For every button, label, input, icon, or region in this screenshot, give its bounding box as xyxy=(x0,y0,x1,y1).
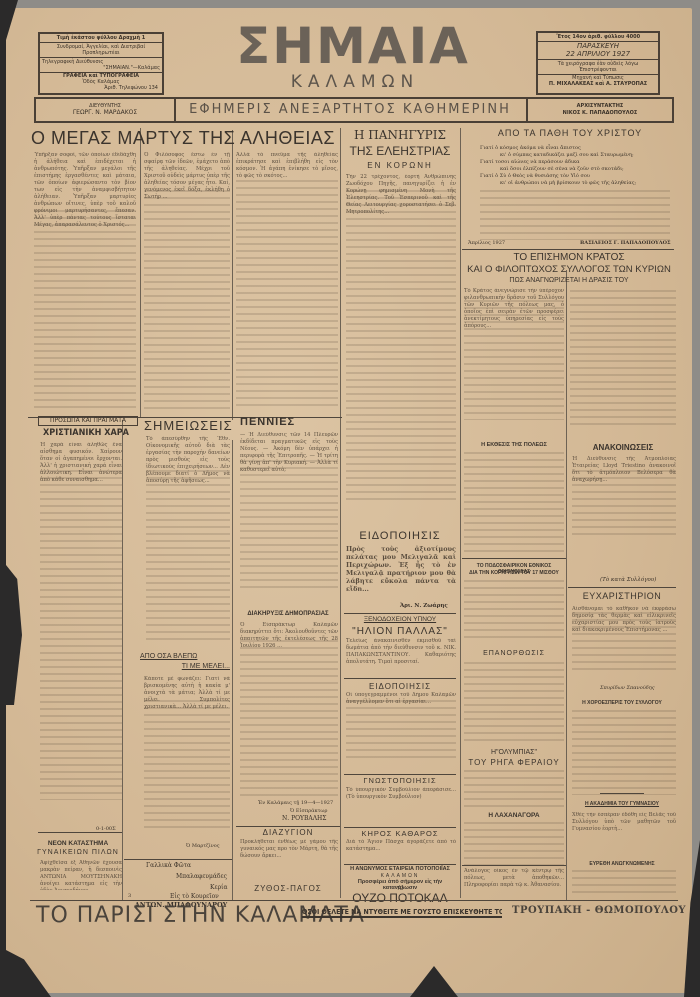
text-texture xyxy=(146,470,230,640)
banner-right: ΤΡΟΥΠΑΚΗ - ΘΩΜΟΠΟΥΛΟΥ xyxy=(512,905,686,916)
text-texture xyxy=(346,190,456,500)
text-texture xyxy=(464,822,564,866)
editor-label: ΑΡΧΙΣΥΝΤΑΚΤΗΣ xyxy=(530,103,670,109)
pelop-subtitle: ΔΙΑ ΤΗΝ ΚΟΡΗΓΗΣΙΝ ΤΟΥ 17 ΜΙΣΘΟΥ xyxy=(462,570,566,576)
divider xyxy=(344,864,456,865)
newspaper-motto: ΕΦΗΜΕΡΙΣ ΑΝΕΞΑΡΤΗΤΟΣ ΚΑΘΗΜΕΡΙΝΗ xyxy=(180,102,520,117)
candles-label: Γαλλικὰ Φῶτα xyxy=(146,862,191,869)
olympics-title-1: Η"ΟΛΥΜΠΙΑΣ" xyxy=(462,749,566,756)
text-texture xyxy=(34,210,136,410)
poem-date: Ἀπρίλιος 1927 xyxy=(468,240,505,247)
poem-line: καὶ ὅσοι ἐλπίζουν σὲ σένα νὰ ζοῦν στὸ σκ… xyxy=(480,166,670,173)
text-texture xyxy=(572,470,676,540)
gossip-title-2: ΤΙ ΜΕ ΜΕΛΕΙ... xyxy=(140,663,230,670)
deny-title: ΓΝΩΣΤΟΠΟΙΗΣΙΣ xyxy=(342,776,458,785)
auction-sig-label: Ὁ Εἰσπράκτωρ xyxy=(290,808,327,815)
section-label: ΠΡΟΣΩΠΑ ΚΑΙ ΠΡΑΓΜΑΤΑ xyxy=(39,417,137,425)
rental-notice: Ἀνάλογος οἶκος ἐν τῷ κέντρῳ τῆς πόλεως, … xyxy=(464,868,564,900)
editor-name: ΝΙΚΟΣ Κ. ΠΑΠΑΔΟΠΟΥΛΟΣ xyxy=(530,110,670,116)
column-rule xyxy=(232,130,233,420)
hotel-body: Τελείως ἀνακαινισθὲν ἐκμισθοῦ ταὶ δωμάτι… xyxy=(346,638,456,676)
festival-place: ΕΝ ΚΟΡΩΝΗ xyxy=(342,161,458,170)
poem-author: ΒΑΣΙΛΕΙΟΣ Γ. ΠΑΠΑΔΟΠΟΥΛΟΣ xyxy=(580,240,671,247)
store-title: ΝΕΟΝ ΚΑΤΑΣΤΗΜΑ xyxy=(34,840,122,847)
telegraph-value: "ΣΗΜΑΙΑΝ."—Καλάμας xyxy=(40,65,162,73)
newspaper-subtitle: ΚΑΛΑΜΩΝ xyxy=(270,72,440,92)
academy-body: Χθὲς τὴν ἑσπέραν ἐδόθη εἰς Βελᾶς τοῦ Συλ… xyxy=(572,812,676,852)
column-rule xyxy=(232,440,233,900)
text-texture xyxy=(240,460,338,590)
divider xyxy=(124,859,232,860)
academy-title: Η ΑΚΑΔΗΜΙΑ ΤΟΥ ΓΥΜΝΑΣΙΟΥ xyxy=(568,801,676,807)
manuscripts-note: Τὰ χειρόγραφα ἐὰν οὐδεὶς λόγω Ἐπιστρέφον… xyxy=(538,60,658,75)
text-texture xyxy=(570,290,676,430)
candles-wax: Κερία xyxy=(210,884,228,891)
state-title-1: ΤΟ ΕΠΙΣΗΜΟΝ ΚΡΑΤΟΣ xyxy=(462,252,676,263)
text-texture xyxy=(572,710,676,795)
announcements-title: ΑΝΑΚΟΙΝΩΣΕΙΣ xyxy=(570,443,676,452)
issue-day: ΠΑΡΑΣΚΕΥΗ xyxy=(538,42,658,50)
candles-at: Εἰς τὸ Κουρεῖον xyxy=(170,893,219,900)
poem-body: Γιατί ὁ κόσμος ἀκόμα νὰ εἶναι ἄπιστος κι… xyxy=(480,145,670,187)
footer-number: 3 xyxy=(128,893,131,900)
divider xyxy=(526,99,528,121)
divider xyxy=(600,793,644,794)
notices-title: ΕΙΔΟΠΟΙΗΣΙΣ xyxy=(342,530,458,542)
divider xyxy=(344,827,456,828)
text-texture xyxy=(480,190,670,240)
crisis-title: Η ΕΚΘΕΣΙΣ ΤΗΣ ΠΟΛΕΩΣ xyxy=(462,442,566,448)
rules-title: ΕΥΡΕΘΗ ΑΝΩΓΚΝΩΜΕΝΗΣ xyxy=(568,861,676,867)
poem-line: Γιατί ὁ Σὺ ὁ Θεὸς νὰ θυσιάσης τὸν Υἱό σο… xyxy=(480,173,670,180)
subscriptions-line: Συνδρομαί, Ἀγγελίαι, καὶ Διατριβαί Προπλ… xyxy=(40,43,162,58)
phone-line: Ἀριθ. Τηλεφώνου 134 xyxy=(40,85,162,91)
auction-sig-name: Ν. ΡΟΥΒΑΛΗΣ xyxy=(282,815,327,822)
store-body: Ἀφίχθεῖσα ἐξ Ἀθηνῶν ἔχουσα μακρὰν πείραν… xyxy=(40,860,122,890)
section-label-box: ΠΡΟΣΩΠΑ ΚΑΙ ΠΡΑΓΜΑΤΑ xyxy=(38,416,138,426)
thanks-title: ΕΥΧΑΡΙΣΤΗΡΙΟΝ xyxy=(568,591,676,601)
divider xyxy=(30,900,678,901)
beer-title: ΖΥΘΟΣ-ΠΑΓΟΣ xyxy=(236,884,340,893)
printers-names: Π. ΜΙΧΑΛΑΚΕΑΣ καὶ Α. ΣΤΑΥΡΟΠΑΣ xyxy=(538,81,658,87)
text-texture xyxy=(236,180,338,410)
masthead-info-box-left: Τιμὴ ἑκάστου φύλλου Δραχμὴ 1 Συνδρομαί, … xyxy=(38,32,164,95)
page-edge-left xyxy=(0,0,6,997)
poem-line: κι' οἱ ἀνθρώποι νὰ μὴ βρίσκουν τὸ φῶς τῆ… xyxy=(480,180,670,187)
text-texture xyxy=(572,870,676,898)
footer-code: 0-1-00Σ xyxy=(96,826,116,833)
candles-names: Μπαλαφευμάδες xyxy=(176,873,227,880)
lahanagora-title: Η ΛΑΧΑΝΑΓΟΡΑ xyxy=(462,812,566,819)
notes-title: ΣΗΜΕΙΩΣΕΙΣ xyxy=(144,418,232,433)
poem-line: Γιατί τοσοι αἰώνες νὰ περάσουν ἀδικα xyxy=(480,159,670,166)
price-line: Τιμὴ ἑκάστου φύλλου Δραχμὴ 1 xyxy=(40,34,162,43)
gossip-title-1: ΑΠΟ ΟΣΑ ΒΛΕΠΩ xyxy=(140,653,230,660)
issue-date: 22 ΑΠΡΙΛΙΟΥ 1927 xyxy=(538,50,658,60)
divider xyxy=(568,587,676,588)
auction-title: ΔΙΑΚΗΡΥΞΙΣ ΔΗΜΟΠΡΑΣΙΑΣ xyxy=(236,611,340,617)
newspaper-title: ΣΗΜΑΙΑ xyxy=(228,20,478,72)
divorce-body: Προκλήθεται ἐνθέως μὲ γάμου τῆς γυναικός… xyxy=(240,839,338,883)
column-rule xyxy=(460,128,461,898)
column-rule xyxy=(566,270,567,900)
gossip-signature: Ὁ Μαρτζίνος xyxy=(186,843,220,850)
hotel-title: ΞΕΝΟΔΟΧΕΙΟΝ ΥΠΝΟΥ xyxy=(342,616,458,623)
text-texture xyxy=(464,300,564,420)
column-rule xyxy=(340,128,341,898)
text-texture xyxy=(240,640,338,800)
olympics-title-2: ΤΟΥ ΡΗΓΑ ΦΕΡΑΙΟΥ xyxy=(462,758,566,767)
divorce-title: ΔΙΑΖΥΓΙΟΝ xyxy=(236,828,340,837)
ouzo-company: Η ΑΝΩΝΥΜΟΣ ΕΤΑΙΡΕΙΑ ΠΟΤΟΠΟΙΪΑΣ xyxy=(342,866,458,872)
festival-title: Η ΠΑΝΗΓΥΡΙΣ xyxy=(342,128,458,142)
telegraph-label: Τηλεγραφικὴ Διεύθυνσις xyxy=(40,58,162,65)
divider xyxy=(462,249,674,250)
masthead-info-box-right: Ἔτος 14ον ἀριθ. φύλλου 4000 ΠΑΡΑΣΚΕΥΗ 22… xyxy=(536,31,660,95)
text-texture xyxy=(464,770,564,810)
column-rule xyxy=(122,420,123,900)
hotel-name: "ΗΛΙΟΝ ΠΑΛΛΑΣ" xyxy=(342,626,458,637)
divider xyxy=(462,558,566,559)
announce-title: ΕΙΔΟΠΟΙΗΣΙΣ xyxy=(342,682,458,691)
text-texture xyxy=(346,700,456,758)
correction-title: ΕΠΑΝΟΡΘΩΣΙΣ xyxy=(462,650,566,657)
state-title-2: ΚΑΙ Ο ΦΙΛΟΠΤΩΧΟΣ ΣΥΛΛΟΓΟΣ ΤΩΝ ΚΥΡΙΩΝ xyxy=(462,264,676,275)
text-texture xyxy=(572,612,676,672)
poem-line: κι' ὁ σύμπας καταδικάζει μαζὶ σου καὶ Στ… xyxy=(480,152,670,159)
text-texture xyxy=(464,452,564,552)
divider xyxy=(462,865,566,866)
text-texture xyxy=(144,700,230,830)
divider xyxy=(174,99,176,121)
divider xyxy=(344,678,456,679)
poem-line: Γιατί ὁ κόσμος ἀκόμα νὰ εἶναι ἄπιστος xyxy=(480,145,670,152)
thanks-signature: Σπυρίδων Σπανούδης xyxy=(600,685,655,692)
clean-body: Διὰ τὸ Ἅγιον Πάσχα ἀγοράζετε ἀπὸ τὸ κατά… xyxy=(346,839,456,861)
poem-title: ΑΠΟ ΤΑ ΠΑΘΗ ΤΟΥ ΧΡΙΣΤΟΥ xyxy=(464,128,676,138)
divider xyxy=(236,826,340,827)
main-headline: Ο ΜΕΓΑΣ ΜΑΡΤΥΣ ΤΗΣ ΑΛΗΘΕΙΑΣ xyxy=(28,128,338,149)
column-rule xyxy=(140,128,141,418)
announcements-signature: (Τὸ κατὰ Συλλόγου) xyxy=(600,577,656,584)
banner-middle: ΟΣΟΙ ΘΕΛΕΤΕ ΝΑ ΝΤΥΘΕΙΤΕ ΜΕ ΓΟΥΣΤΟ ΕΠΙΣΚΕ… xyxy=(302,908,502,918)
auction-place-date: Ἐν Καλάμαις τῇ 19—4—1927 xyxy=(258,800,333,807)
text-texture xyxy=(144,190,230,410)
divider xyxy=(344,774,456,775)
clean-title: ΚΗΡΟΣ ΚΑΘΑΡΟΣ xyxy=(342,829,458,838)
issue-line: Ἔτος 14ον ἀριθ. φύλλου 4000 xyxy=(538,33,658,42)
state-subtitle: ΠΩΣ ΑΝΑΓΝΩΡΙΖΕΤΑΙ Η ΔΡΑΣΙΣ ΤΟΥ xyxy=(462,277,676,284)
text-texture xyxy=(40,470,122,800)
festival-subtitle: ΤΗΣ ΕΛΕΗΣΤΡΙΑΣ xyxy=(342,144,458,158)
text-texture xyxy=(464,580,564,640)
store-subtitle: ΓΥΝΑΙΚΕΙΩΝ ΠΙΛΩΝ xyxy=(34,849,122,856)
notices-signature: Ἀρι. Ν. Ζωάρης xyxy=(400,603,448,610)
pennies-title: ΠΕΝΝΙΕΣ xyxy=(240,416,330,428)
director-name: ΓΕΩΡΓ. Ν. ΜΑΡΔΑΚΟΣ xyxy=(38,110,172,116)
deny-body: Τὸ ὑπουργικὸν Συμβούλιον ἀπεφάσισε... (Τ… xyxy=(346,787,456,823)
divider xyxy=(344,613,456,614)
dances-title: Η ΧΟΡΟΕΣΠΕΡΙΣ ΤΟΥ ΣΥΛΛΟΓΟΥ xyxy=(568,700,676,706)
text-texture xyxy=(464,662,564,742)
joy-title: ΧΡΙΣΤΙΑΝΙΚΗ ΧΑΡΑ xyxy=(34,428,138,438)
notices-body: Πρὸς τοὺς ἀξιοτίμους πελάτας μου Μελιγαλ… xyxy=(346,545,456,591)
